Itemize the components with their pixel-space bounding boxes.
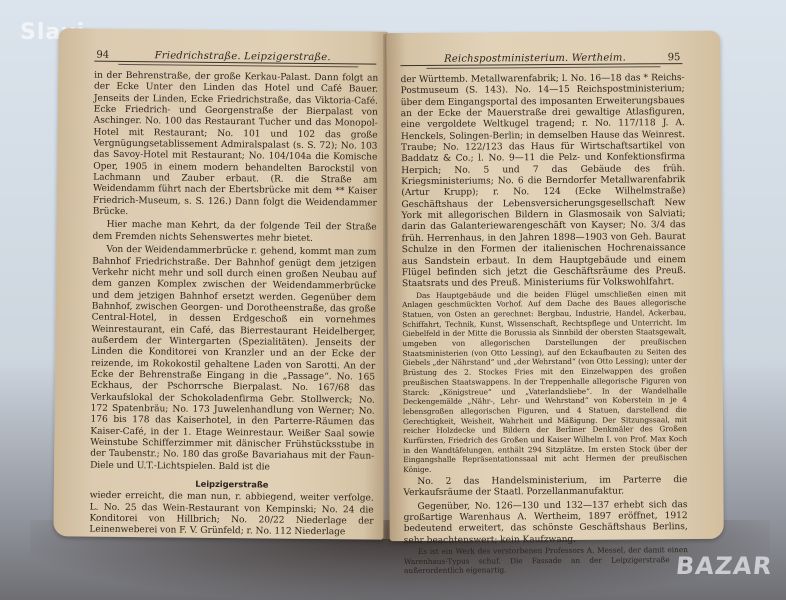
small-print-note: Es ist ein Werk des verstorbenen Profess… [404, 545, 688, 576]
watermark-bazar-logo: BAZAR [675, 552, 774, 580]
paragraph: der Württemb. Metallwarenfabrik; l. No. … [401, 73, 686, 291]
paragraph: Von der Weidendammerbrücke r. gehend, ko… [90, 245, 376, 475]
paragraph: No. 2 das Handelsministerium, im Parterr… [403, 475, 687, 500]
paragraph: Gegenüber, No. 126—130 und 132—137 erheb… [404, 500, 688, 547]
header-rule-secondary [118, 64, 358, 68]
right-page: Reichspostministerium. Wertheim. 95 der … [386, 31, 724, 541]
paragraph: in der Behrenstraße, der große Kerkau-Pa… [93, 71, 379, 221]
paragraph: Hier mache man Kehrt, da der folgende Te… [92, 220, 376, 246]
right-page-body: der Württemb. Metallwarenfabrik; l. No. … [401, 73, 688, 576]
paragraph: wieder erreicht, die man nun, r. abbiege… [89, 491, 373, 539]
left-page-body: in der Behrenstraße, der große Kerkau-Pa… [89, 71, 378, 540]
right-page-header: Reichspostministerium. Wertheim. 95 [402, 45, 680, 65]
small-print-note: Das Hauptgebäude und die beiden Flügel u… [402, 289, 687, 475]
section-subheading: Leipzigerstraße [90, 478, 374, 492]
left-page: 94 Friedrichstraße. Leipzigerstraße. in … [53, 28, 388, 539]
page-number: 95 [668, 52, 681, 63]
page-number: 94 [96, 50, 109, 61]
header-rule-secondary [426, 66, 660, 69]
